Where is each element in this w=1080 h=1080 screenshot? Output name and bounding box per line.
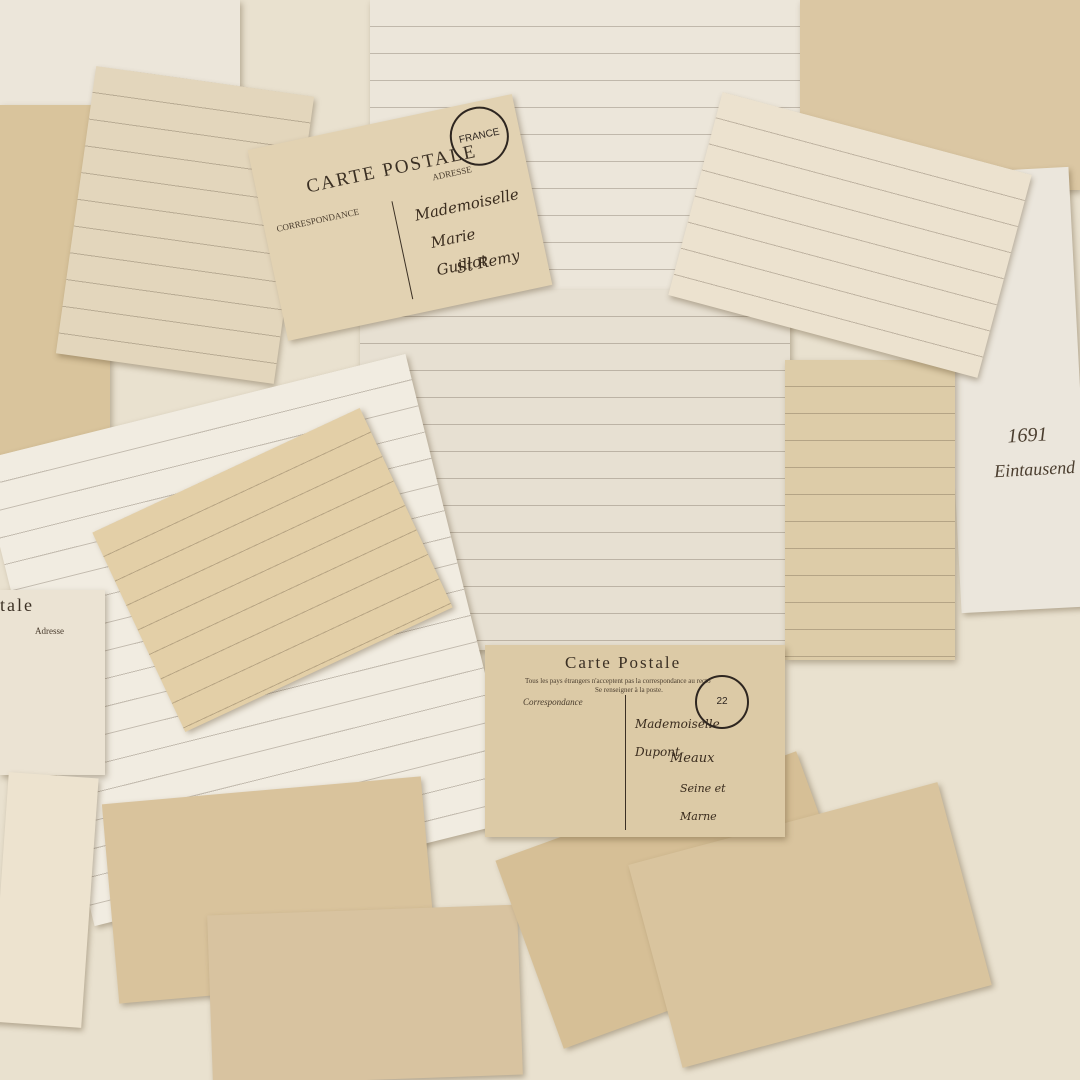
envelope-bottom (207, 905, 523, 1080)
postcard-divider (391, 201, 413, 299)
note-card-right (785, 360, 955, 660)
paper-bottom-left (0, 772, 99, 1028)
postmark-stamp-vintimille: 22 (695, 675, 749, 729)
postcard-divider (625, 695, 626, 830)
postcard-carte-postale-bottom: Carte Postale Tous les pays étrangers n'… (485, 645, 785, 837)
postcard-left: tale Adresse (0, 590, 105, 775)
